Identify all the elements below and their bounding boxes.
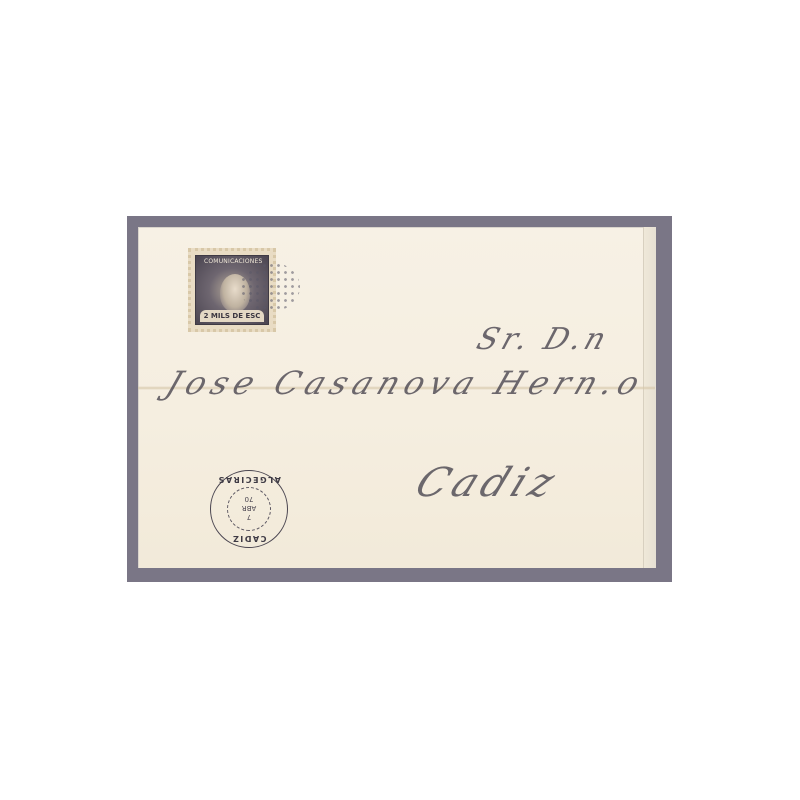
postmark-town: CADIZ [211,534,287,543]
stamp-value-text: 2 MILS DE ESC [200,310,264,322]
postmark-year: 70 [211,494,287,503]
circular-postmark: CADIZ 7 ABR 70 ALGECIRAS [210,470,288,548]
address-city: Cadiz [409,460,567,506]
postmark-month: ABR [211,503,287,512]
postmark-date: 7 ABR 70 [211,494,287,521]
address-salutation: Sr. D.n [472,322,614,357]
postmark-origin: ALGECIRAS [211,475,287,484]
dotted-cancel-mark [240,262,300,312]
address-recipient-name: Jose Casanova Hern.o [161,364,651,402]
letter-right-fold-edge [643,227,656,568]
postmark-day: 7 [211,512,287,521]
